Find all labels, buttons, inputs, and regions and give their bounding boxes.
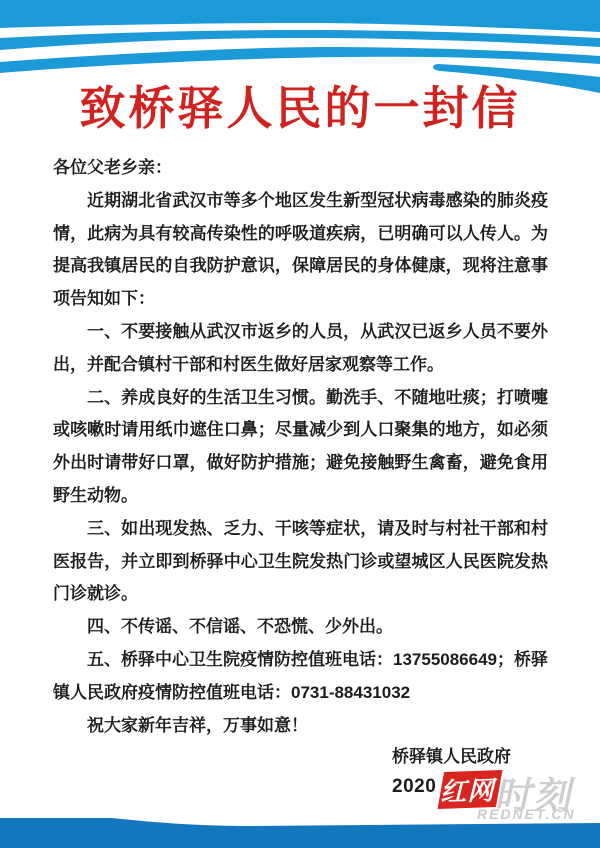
signature-block: 桥驿镇人民政府 2020 <box>392 746 511 799</box>
notice-poster: 致桥驿人民的一封信 各位父老乡亲： 近期湖北省武汉市等多个地区发生新型冠状病毒感… <box>0 0 600 848</box>
closing-wish: 祝大家新年吉祥，万事如意！ <box>53 710 548 743</box>
signature-org: 桥驿镇人民政府 <box>392 746 511 768</box>
letter-body: 各位父老乡亲： 近期湖北省武汉市等多个地区发生新型冠状病毒感染的肺炎疫情，此病为… <box>53 152 548 742</box>
page-title: 致桥驿人民的一封信 <box>0 72 600 138</box>
notice-item-2: 二、养成良好的生活卫生习惯。勤洗手、不随地吐痰；打喷嚏或咳嗽时请用纸巾遮住口鼻；… <box>53 382 548 513</box>
salutation: 各位父老乡亲： <box>53 152 548 185</box>
notice-item-1: 一、不要接触从武汉市返乡的人员，从武汉已返乡人员不要外出，并配合镇村干部和村医生… <box>53 316 548 382</box>
notice-item-3: 三、如出现发热、乏力、干咳等症状，请及时与村社干部和村医报告，并立即到桥驿中心卫… <box>53 513 548 611</box>
signature-date: 2020 <box>392 775 511 799</box>
footer-band-decoration <box>0 818 600 848</box>
notice-item-4: 四、不传谣、不信谣、不恐慌、少外出。 <box>53 611 548 644</box>
notice-item-5: 五、桥驿中心卫生院疫情防控值班电话：13755086649；桥驿镇人民政府疫情防… <box>53 644 548 710</box>
intro-paragraph: 近期湖北省武汉市等多个地区发生新型冠状病毒感染的肺炎疫情，此病为具有较高传染性的… <box>53 185 548 316</box>
